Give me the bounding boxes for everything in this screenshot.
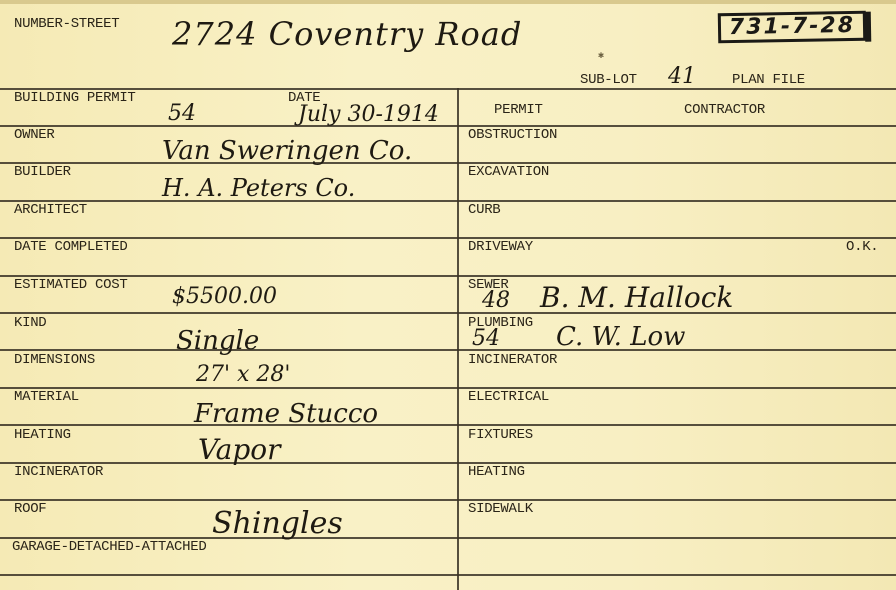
dimensions-value: 27' x 28' <box>196 364 290 386</box>
kind-value: Single <box>176 328 259 354</box>
rule <box>0 387 896 389</box>
roof-value: Shingles <box>212 509 343 539</box>
sewer-contractor-value: B. M. Hallock <box>540 284 733 312</box>
electrical-label: ELECTRICAL <box>468 389 549 405</box>
building-permit-label: BUILDING PERMIT <box>14 90 136 106</box>
estimated-cost-label: ESTIMATED COST <box>14 277 127 293</box>
column-divider <box>457 88 459 590</box>
number-street-label: NUMBER-STREET <box>14 16 119 32</box>
sewer-permit-value: 48 <box>482 290 510 312</box>
date-value: July 30-1914 <box>298 104 439 126</box>
heating-value: Vapor <box>198 436 281 464</box>
builder-label: BUILDER <box>14 164 71 180</box>
plan-file-label: PLAN FILE <box>732 72 805 88</box>
permit-column-header: PERMIT <box>494 102 543 118</box>
incinerator-permit-label: INCINERATOR <box>468 352 557 368</box>
rule <box>0 200 896 202</box>
rule <box>0 499 896 501</box>
driveway-note: O.K. <box>846 239 878 255</box>
owner-value: Van Sweringen Co. <box>162 138 412 164</box>
rule <box>0 462 896 464</box>
kind-label: KIND <box>14 315 46 331</box>
fixtures-label: FIXTURES <box>468 427 533 443</box>
rule <box>0 237 896 239</box>
heating-permit-label: HEATING <box>468 464 525 480</box>
obstruction-label: OBSTRUCTION <box>468 127 557 143</box>
card-top-edge <box>0 0 896 4</box>
number-street-value: 2724 Coventry Road <box>172 18 522 50</box>
incinerator-label: INCINERATOR <box>14 464 103 480</box>
building-permit-value: 54 <box>168 103 196 125</box>
heating-label: HEATING <box>14 427 71 443</box>
material-label: MATERIAL <box>14 389 79 405</box>
rule <box>0 312 896 314</box>
sub-lot-value: 41 <box>668 66 696 88</box>
permit-card: NUMBER-STREET 2724 Coventry Road 731-7-2… <box>0 0 896 590</box>
plumbing-permit-value: 54 <box>472 328 500 350</box>
file-number-stamp: 731-7-28 <box>718 11 867 44</box>
sidewalk-label: SIDEWALK <box>468 501 533 517</box>
roof-label: ROOF <box>14 501 46 517</box>
dimensions-label: DIMENSIONS <box>14 352 95 368</box>
sub-lot-label: SUB-LOT <box>580 72 637 88</box>
rule <box>0 125 896 127</box>
curb-label: CURB <box>468 202 500 218</box>
rule <box>0 349 896 351</box>
contractor-column-header: CONTRACTOR <box>684 102 765 118</box>
rule <box>0 162 896 164</box>
rule <box>0 424 896 426</box>
ink-speck: ✱ <box>598 50 604 62</box>
owner-label: OWNER <box>14 127 55 143</box>
rule <box>0 275 896 277</box>
driveway-label: DRIVEWAY <box>468 239 533 255</box>
date-completed-label: DATE COMPLETED <box>14 239 127 255</box>
estimated-cost-value: $5500.00 <box>172 286 277 308</box>
excavation-label: EXCAVATION <box>468 164 549 180</box>
plumbing-contractor-value: C. W. Low <box>556 324 685 350</box>
builder-value: H. A. Peters Co. <box>162 176 355 200</box>
architect-label: ARCHITECT <box>14 202 87 218</box>
garage-label: GARAGE-DETACHED-ATTACHED <box>12 539 206 555</box>
material-value: Frame Stucco <box>194 401 378 427</box>
rule <box>0 574 896 576</box>
